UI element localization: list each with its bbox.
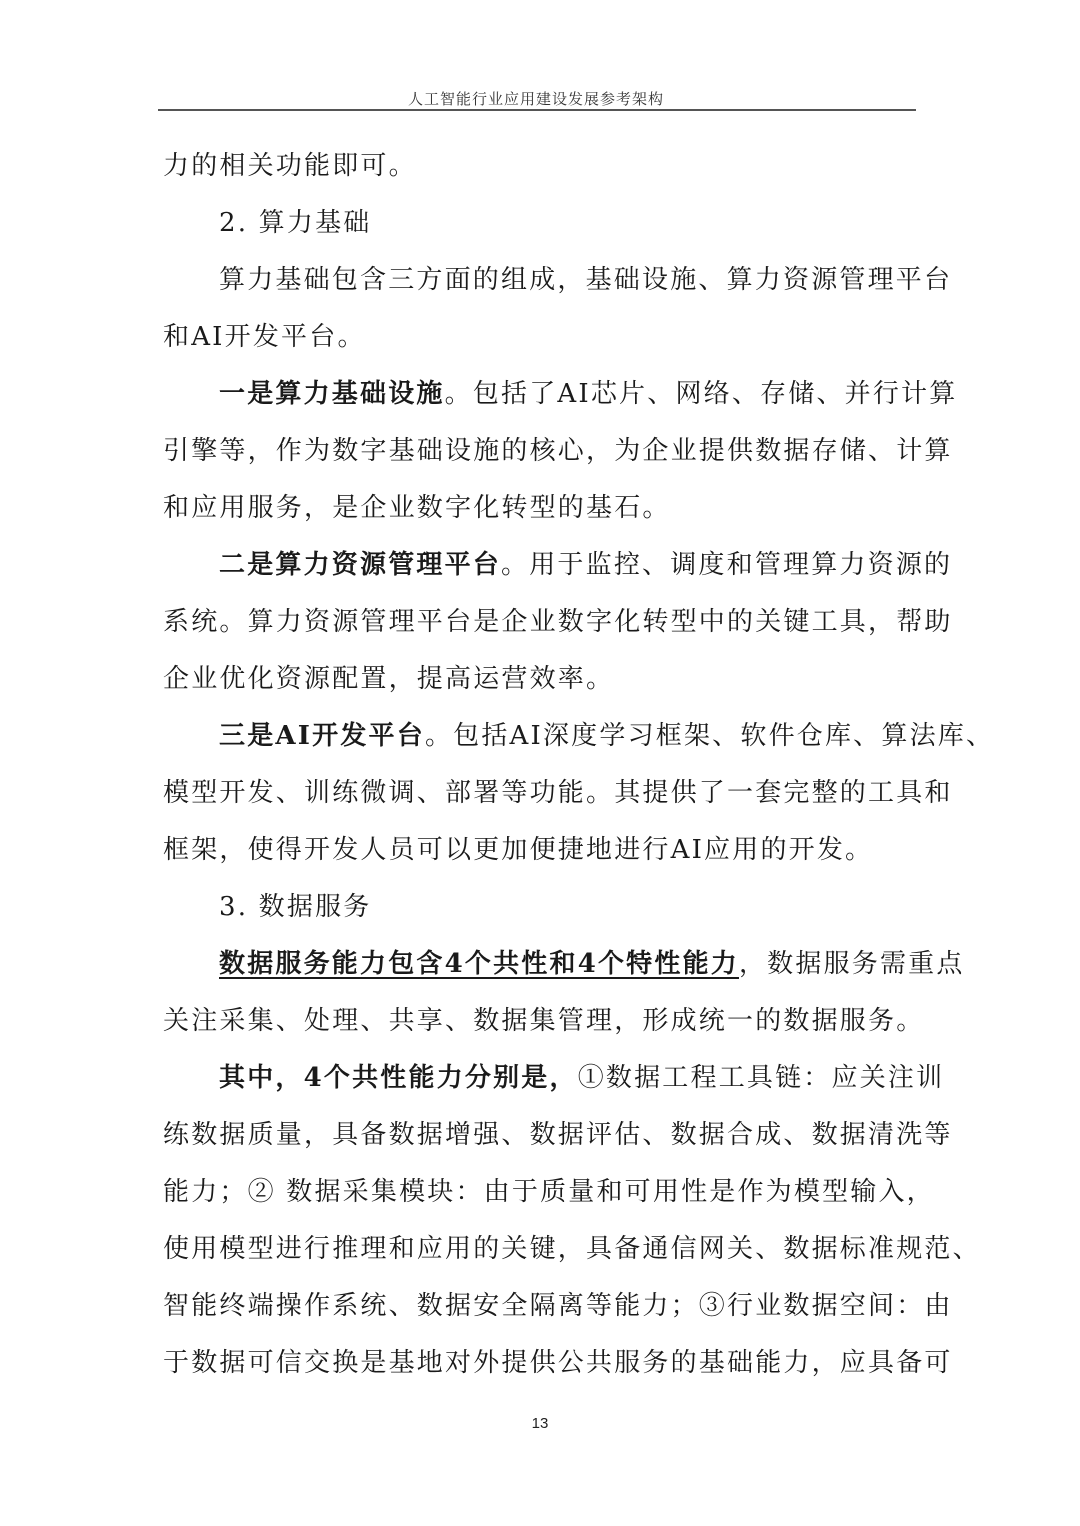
text-span: ，数据服务需重点 (739, 949, 965, 979)
text-line: 使用模型进行推理和应用的关键，具备通信网关、数据标准规范、 (163, 1221, 917, 1278)
text-span: 。包括了AI芯片、网络、存储、并行计算 (445, 379, 958, 409)
section-heading-compute: 2. 算力基础 (163, 195, 917, 252)
running-header: 人工智能行业应用建设发展参考架构 (158, 88, 914, 109)
text-line: 练数据质量，具备数据增强、数据评估、数据合成、数据清洗等 (163, 1107, 917, 1164)
header-divider (158, 109, 916, 111)
page-number: 13 (0, 1415, 1080, 1432)
bold-underlined-lead: 数据服务能力包含4个共性和4个特性能力 (219, 949, 739, 979)
page-body: 力的相关功能即可。 2. 算力基础 算力基础包含三方面的组成，基础设施、算力资源… (163, 138, 917, 1392)
bold-lead: 二是算力资源管理平台 (219, 550, 501, 580)
text-line: 数据服务能力包含4个共性和4个特性能力，数据服务需重点 (163, 936, 917, 993)
text-line: 和AI开发平台。 (163, 309, 917, 366)
text-line: 力的相关功能即可。 (163, 138, 917, 195)
bold-lead: 三是AI开发平台 (219, 721, 425, 751)
text-line: 算力基础包含三方面的组成，基础设施、算力资源管理平台 (163, 252, 917, 309)
text-line: 模型开发、训练微调、部署等功能。其提供了一套完整的工具和 (163, 765, 917, 822)
text-line: 能力；② 数据采集模块：由于质量和可用性是作为模型输入， (163, 1164, 917, 1221)
text-line: 系统。算力资源管理平台是企业数字化转型中的关键工具，帮助 (163, 594, 917, 651)
text-line: 三是AI开发平台。包括AI深度学习框架、软件仓库、算法库、 (163, 708, 917, 765)
text-line: 引擎等，作为数字基础设施的核心，为企业提供数据存储、计算 (163, 423, 917, 480)
text-line: 关注采集、处理、共享、数据集管理，形成统一的数据服务。 (163, 993, 917, 1050)
bold-lead: 一是算力基础设施 (219, 379, 445, 409)
text-line: 二是算力资源管理平台。用于监控、调度和管理算力资源的 (163, 537, 917, 594)
text-span: 。包括AI深度学习框架、软件仓库、算法库、 (425, 721, 994, 751)
text-span: ①数据工程工具链：应关注训 (578, 1063, 945, 1093)
text-line: 于数据可信交换是基地对外提供公共服务的基础能力，应具备可 (163, 1335, 917, 1392)
text-line: 智能终端操作系统、数据安全隔离等能力；③行业数据空间：由 (163, 1278, 917, 1335)
section-heading-data: 3. 数据服务 (163, 879, 917, 936)
text-line: 和应用服务，是企业数字化转型的基石。 (163, 480, 917, 537)
text-line: 一是算力基础设施。包括了AI芯片、网络、存储、并行计算 (163, 366, 917, 423)
bold-lead: 其中，4个共性能力分别是， (219, 1063, 578, 1093)
text-line: 其中，4个共性能力分别是，①数据工程工具链：应关注训 (163, 1050, 917, 1107)
text-line: 框架，使得开发人员可以更加便捷地进行AI应用的开发。 (163, 822, 917, 879)
text-span: 。用于监控、调度和管理算力资源的 (501, 550, 952, 580)
text-line: 企业优化资源配置，提高运营效率。 (163, 651, 917, 708)
